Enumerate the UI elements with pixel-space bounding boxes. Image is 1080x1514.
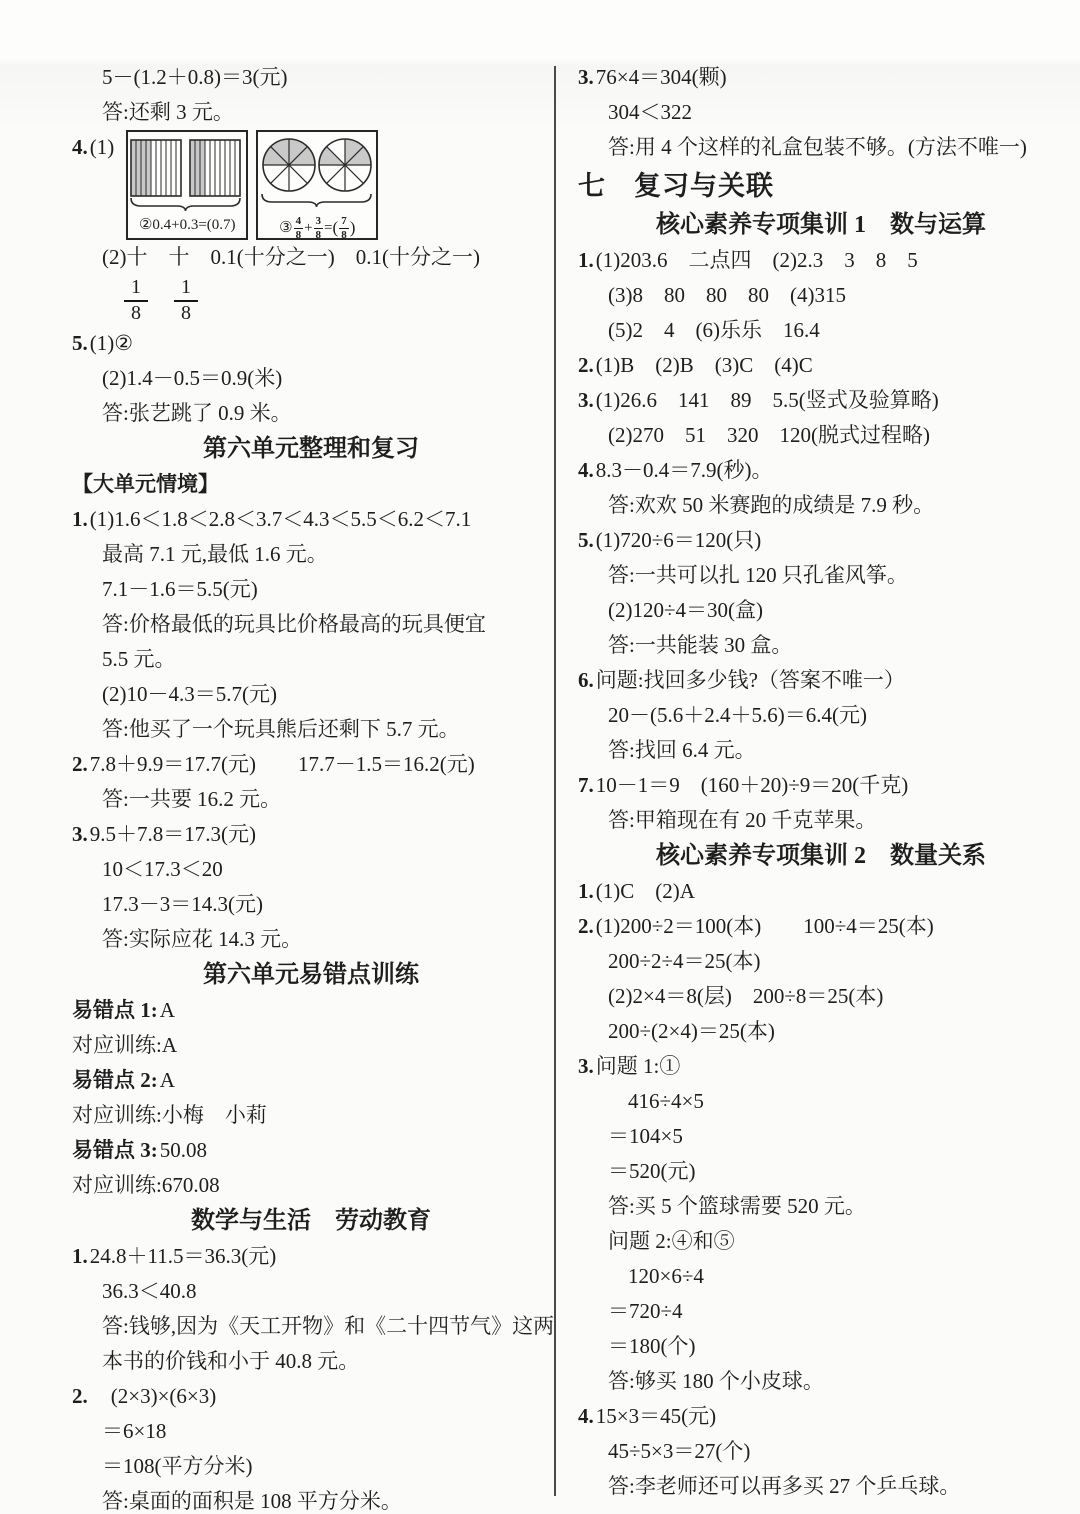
numbered-answer-line: 3.9.5＋7.8＝17.3(元) bbox=[72, 817, 550, 852]
numbered-answer-line: 5.(1)720÷6＝120(只) bbox=[578, 523, 1064, 558]
line-text: 8.3－0.4＝7.9(秒)。 bbox=[596, 458, 773, 482]
numbered-answer-line: 易错点 3:50.08 bbox=[72, 1133, 550, 1168]
line-text: 答:一共要 16.2 元。 bbox=[102, 787, 281, 811]
line-text: (2)10－4.3＝5.7(元) bbox=[102, 682, 277, 706]
line-text: 对应训练:670.08 bbox=[72, 1173, 220, 1197]
answer-line: 对应训练:A bbox=[72, 1028, 550, 1063]
line-text: 20－(5.6＋2.4＋5.6)＝6.4(元) bbox=[608, 703, 867, 727]
item-number: 4. bbox=[578, 1404, 594, 1428]
line-text: ＝180(个) bbox=[608, 1334, 696, 1358]
item-number: 3. bbox=[72, 822, 88, 846]
answer-line: 20－(5.6＋2.4＋5.6)＝6.4(元) bbox=[578, 698, 1064, 733]
answer-line: ＝6×18 bbox=[72, 1414, 550, 1449]
numbered-answer-line: 3.76×4＝304(颗) bbox=[578, 60, 1064, 95]
answer-line: 答:价格最低的玩具比价格最高的玩具便宜 bbox=[72, 607, 550, 642]
line-text: A bbox=[160, 1068, 175, 1092]
line-text: 问题:找回多少钱?（答案不唯一） bbox=[596, 668, 905, 692]
fraction: 38 bbox=[314, 216, 324, 241]
figure-caption: ②0.4+0.3=(0.7) bbox=[128, 216, 246, 234]
fraction-answers-row: 18 18 bbox=[72, 277, 550, 324]
section-heading: 数学与生活 劳动教育 bbox=[72, 1203, 550, 1239]
answer-line: (2)120÷4＝30(盒) bbox=[578, 593, 1064, 628]
numbered-answer-line: 3.(1)26.6 141 89 5.5(竖式及验算略) bbox=[578, 383, 1064, 418]
fraction: 78 bbox=[339, 216, 349, 241]
section-heading: 核心素养专项集训 2 数量关系 bbox=[578, 838, 1064, 874]
answer-line: 200÷2÷4＝25(本) bbox=[578, 944, 1064, 979]
line-text: 答:张艺跳了 0.9 米。 bbox=[102, 401, 292, 425]
answer-line: ＝520(元) bbox=[578, 1154, 1064, 1189]
answer-line: 7.1－1.6＝5.5(元) bbox=[72, 572, 550, 607]
line-text: ＝520(元) bbox=[608, 1159, 696, 1183]
decimal-strips-figure: ②0.4+0.3=(0.7) bbox=[126, 130, 248, 240]
line-text: (1)1.6＜1.8＜2.8＜3.7＜4.3＜5.5＜6.2＜7.1 bbox=[90, 507, 472, 531]
line-text: 答:实际应花 14.3 元。 bbox=[102, 927, 302, 951]
numbered-answer-line: 5.(1)② bbox=[72, 326, 550, 361]
item-number: 3. bbox=[578, 1054, 594, 1078]
item-number: 4. bbox=[72, 130, 88, 165]
line-text: 416÷4×5 bbox=[628, 1089, 704, 1113]
numbered-answer-line: 【大单元情境】 bbox=[72, 467, 550, 502]
answer-line: 答:找回 6.4 元。 bbox=[578, 733, 1064, 768]
line-text: 24.8＋11.5＝36.3(元) bbox=[90, 1244, 276, 1268]
answer-line: 答:一共能装 30 盒。 bbox=[578, 628, 1064, 663]
fraction: 18 bbox=[124, 277, 148, 324]
answer-line: (2)1.4－0.5＝0.9(米) bbox=[72, 361, 550, 396]
answer-line: 答:够买 180 个小皮球。 bbox=[578, 1364, 1064, 1399]
answer-line: 120×6÷4 bbox=[578, 1259, 1064, 1294]
line-text: ＝720÷4 bbox=[608, 1299, 683, 1323]
item-number: 易错点 1: bbox=[72, 998, 158, 1022]
answer-line: (2)2×4＝8(层) 200÷8＝25(本) bbox=[578, 979, 1064, 1014]
item-number: 1. bbox=[578, 248, 594, 272]
figure-caption: ③ 48 + 38 = ( 78 ) bbox=[258, 216, 376, 240]
answer-line: 答:张艺跳了 0.9 米。 bbox=[72, 396, 550, 431]
line-text: 对应训练:小梅 小莉 bbox=[72, 1103, 267, 1127]
line-text: 10＜17.3＜20 bbox=[102, 857, 223, 881]
line-text: 答:桌面的面积是 108 平方分米。 bbox=[102, 1489, 402, 1513]
answer-line: 答:还剩 3 元。 bbox=[72, 95, 550, 130]
answer-line: (2)270 51 320 120(脱式过程略) bbox=[578, 418, 1064, 453]
answer-line: 答:实际应花 14.3 元。 bbox=[72, 922, 550, 957]
item-number: 3. bbox=[578, 65, 594, 89]
item-number: 1. bbox=[72, 507, 88, 531]
line-text: 45÷5×3＝27(个) bbox=[608, 1439, 750, 1463]
line-text: A bbox=[160, 998, 175, 1022]
section-heading: 第六单元易错点训练 bbox=[72, 957, 550, 993]
line-text: 76×4＝304(颗) bbox=[596, 65, 727, 89]
answer-line: 45÷5×3＝27(个) bbox=[578, 1434, 1064, 1469]
item-number: 易错点 3: bbox=[72, 1138, 158, 1162]
answer-line: 答:他买了一个玩具熊后还剩下 5.7 元。 bbox=[72, 712, 550, 747]
left-column: 5－(1.2＋0.8)＝3(元)答:还剩 3 元。 4. (1) ②0.4+0.… bbox=[72, 60, 550, 1514]
numbered-answer-line: 7.10－1＝9 (160＋20)÷9＝20(千克) bbox=[578, 768, 1064, 803]
answer-line: (3)8 80 80 80 (4)315 bbox=[578, 278, 1064, 313]
line-text: (5)2 4 (6)乐乐 16.4 bbox=[608, 318, 820, 342]
line-text: 对应训练:A bbox=[72, 1033, 177, 1057]
numbered-answer-line: 易错点 1:A bbox=[72, 993, 550, 1028]
answer-line: 416÷4×5 bbox=[578, 1084, 1064, 1119]
line-text: 5.5 元。 bbox=[102, 647, 176, 671]
line-text: (2×3)×(6×3) bbox=[90, 1384, 217, 1408]
item-number: 4. bbox=[578, 458, 594, 482]
answer-line: ＝180(个) bbox=[578, 1329, 1064, 1364]
line-text: (1)720÷6＝120(只) bbox=[596, 528, 762, 552]
line-text: (1)203.6 二点四 (2)2.3 3 8 5 bbox=[596, 248, 918, 272]
answer-line: 304＜322 bbox=[578, 95, 1064, 130]
numbered-answer-line: 1.(1)C (2)A bbox=[578, 874, 1064, 909]
answer-line: 答:甲箱现在有 20 千克苹果。 bbox=[578, 803, 1064, 838]
numbered-answer-line: 4.8.3－0.4＝7.9(秒)。 bbox=[578, 453, 1064, 488]
fraction: 48 bbox=[294, 216, 304, 241]
item-number: 1. bbox=[578, 879, 594, 903]
answer-line: 答:买 5 个篮球需要 520 元。 bbox=[578, 1189, 1064, 1224]
answer-line: 答:李老师还可以再多买 27 个乒乓球。 bbox=[578, 1469, 1064, 1504]
line-text: (2)1.4－0.5＝0.9(米) bbox=[102, 366, 282, 390]
column-divider bbox=[554, 66, 556, 1496]
numbered-answer-line: 3.问题 1:① bbox=[578, 1049, 1064, 1084]
line-text: (2)120÷4＝30(盒) bbox=[608, 598, 763, 622]
section-heading: 七 复习与关联 bbox=[578, 165, 1064, 207]
line-text: 答:一共可以扎 120 只孔雀风筝。 bbox=[608, 563, 908, 587]
numbered-answer-line: 4.15×3＝45(元) bbox=[578, 1399, 1064, 1434]
item-number: 6. bbox=[578, 668, 594, 692]
item-number: 2. bbox=[72, 1384, 88, 1408]
line-text: 304＜322 bbox=[608, 100, 692, 124]
answer-line: 答:欢欢 50 米赛跑的成绩是 7.9 秒。 bbox=[578, 488, 1064, 523]
answer-line: ＝720÷4 bbox=[578, 1294, 1064, 1329]
numbered-answer-line: 1.(1)1.6＜1.8＜2.8＜3.7＜4.3＜5.5＜6.2＜7.1 bbox=[72, 502, 550, 537]
fraction-circles-diagram bbox=[258, 132, 376, 216]
circled-number: ③ bbox=[279, 219, 292, 237]
line-text: (1)26.6 141 89 5.5(竖式及验算略) bbox=[596, 388, 939, 412]
numbered-answer-line: 2.(1)200÷2＝100(本) 100÷4＝25(本) bbox=[578, 909, 1064, 944]
numbered-answer-line: 1.24.8＋11.5＝36.3(元) bbox=[72, 1239, 550, 1274]
workbook-answer-page: 5－(1.2＋0.8)＝3(元)答:还剩 3 元。 4. (1) ②0.4+0.… bbox=[0, 0, 1080, 1514]
line-text: ＝6×18 bbox=[102, 1419, 166, 1443]
line-text: 问题 2:④和⑤ bbox=[608, 1229, 735, 1253]
line-text: 5－(1.2＋0.8)＝3(元) bbox=[102, 65, 287, 89]
line-text: 200÷(2×4)＝25(本) bbox=[608, 1019, 775, 1043]
line-text: 答:欢欢 50 米赛跑的成绩是 7.9 秒。 bbox=[608, 493, 934, 517]
section-heading: 核心素养专项集训 1 数与运算 bbox=[578, 207, 1064, 243]
line-text: (2)270 51 320 120(脱式过程略) bbox=[608, 423, 930, 447]
numbered-answer-line: 易错点 2:A bbox=[72, 1063, 550, 1098]
line-text: 36.3＜40.8 bbox=[102, 1279, 197, 1303]
line-text: 答:他买了一个玩具熊后还剩下 5.7 元。 bbox=[102, 717, 460, 741]
right-paren: ) bbox=[350, 219, 356, 237]
line-text: 9.5＋7.8＝17.3(元) bbox=[90, 822, 256, 846]
left-paren: ( bbox=[333, 219, 339, 237]
line-text: 答:用 4 个这样的礼盒包装不够。(方法不唯一) bbox=[608, 135, 1027, 159]
answer-line: 对应训练:小梅 小莉 bbox=[72, 1098, 550, 1133]
answer-line: (2)十 十 0.1(十分之一) 0.1(十分之一) bbox=[72, 240, 550, 275]
fraction: 18 bbox=[174, 277, 198, 324]
line-text: (1)200÷2＝100(本) 100÷4＝25(本) bbox=[596, 914, 934, 938]
numbered-answer-line: 2.(1)B (2)B (3)C (4)C bbox=[578, 348, 1064, 383]
line-text: 答:钱够,因为《天工开物》和《二十四节气》这两 bbox=[102, 1314, 554, 1338]
answer-line: 本书的价钱和小于 40.8 元。 bbox=[72, 1344, 550, 1379]
line-text: 答:李老师还可以再多买 27 个乒乓球。 bbox=[608, 1474, 960, 1498]
line-text: 答:一共能装 30 盒。 bbox=[608, 633, 792, 657]
line-text: 本书的价钱和小于 40.8 元。 bbox=[102, 1349, 359, 1373]
line-text: ＝104×5 bbox=[608, 1124, 683, 1148]
item-number: 3. bbox=[578, 388, 594, 412]
line-text: 50.08 bbox=[160, 1138, 207, 1162]
answer-line: 答:一共可以扎 120 只孔雀风筝。 bbox=[578, 558, 1064, 593]
line-text: 7.1－1.6＝5.5(元) bbox=[102, 577, 258, 601]
answer-line: 答:桌面的面积是 108 平方分米。 bbox=[72, 1484, 550, 1514]
item-number: 1. bbox=[72, 1244, 88, 1268]
numbered-answer-line: 2. (2×3)×(6×3) bbox=[72, 1379, 550, 1414]
line-text: 答:够买 180 个小皮球。 bbox=[608, 1369, 824, 1393]
answer-line: ＝108(平方分米) bbox=[72, 1449, 550, 1484]
line-text: (1)B (2)B (3)C (4)C bbox=[596, 353, 813, 377]
answer-line: 答:用 4 个这样的礼盒包装不够。(方法不唯一) bbox=[578, 130, 1064, 165]
line-text: 最高 7.1 元,最低 1.6 元。 bbox=[102, 542, 328, 566]
line-text: 10－1＝9 (160＋20)÷9＝20(千克) bbox=[596, 773, 909, 797]
fraction-circles-figure: ③ 48 + 38 = ( 78 ) bbox=[256, 130, 378, 240]
answer-line: 答:一共要 16.2 元。 bbox=[72, 782, 550, 817]
line-text: (3)8 80 80 80 (4)315 bbox=[608, 283, 846, 307]
numbered-answer-line: 1.(1)203.6 二点四 (2)2.3 3 8 5 bbox=[578, 243, 1064, 278]
decimal-strips-diagram bbox=[128, 132, 246, 216]
line-text: 答:还剩 3 元。 bbox=[102, 100, 234, 124]
answer-line: 对应训练:670.08 bbox=[72, 1168, 550, 1203]
line-text: ＝108(平方分米) bbox=[102, 1454, 253, 1478]
answer-line: 5－(1.2＋0.8)＝3(元) bbox=[72, 60, 550, 95]
sub-item-label: (1) bbox=[90, 130, 115, 165]
line-text: 200÷2÷4＝25(本) bbox=[608, 949, 761, 973]
answer-line: 问题 2:④和⑤ bbox=[578, 1224, 1064, 1259]
line-text: (2)十 十 0.1(十分之一) 0.1(十分之一) bbox=[102, 245, 480, 269]
item-number: 2. bbox=[578, 914, 594, 938]
plus-sign: + bbox=[304, 219, 312, 237]
answer-line: (2)10－4.3＝5.7(元) bbox=[72, 677, 550, 712]
line-text: 17.3－3＝14.3(元) bbox=[102, 892, 263, 916]
line-text: 答:价格最低的玩具比价格最高的玩具便宜 bbox=[102, 612, 486, 636]
line-text: (1)② bbox=[90, 331, 133, 355]
item-number: 【大单元情境】 bbox=[72, 472, 219, 496]
line-text: 答:甲箱现在有 20 千克苹果。 bbox=[608, 808, 876, 832]
answer-line: 200÷(2×4)＝25(本) bbox=[578, 1014, 1064, 1049]
answer-line: 36.3＜40.8 bbox=[72, 1274, 550, 1309]
line-text: (1)C (2)A bbox=[596, 879, 695, 903]
item-number: 2. bbox=[578, 353, 594, 377]
right-column: 3.76×4＝304(颗)304＜322答:用 4 个这样的礼盒包装不够。(方法… bbox=[578, 60, 1064, 1504]
item-number: 5. bbox=[72, 331, 88, 355]
equals-sign: = bbox=[324, 219, 332, 237]
item-number: 7. bbox=[578, 773, 594, 797]
item-number: 5. bbox=[578, 528, 594, 552]
answer-line: 答:钱够,因为《天工开物》和《二十四节气》这两 bbox=[72, 1309, 550, 1344]
item-number: 2. bbox=[72, 752, 88, 776]
answer-line: 5.5 元。 bbox=[72, 642, 550, 677]
line-text: 15×3＝45(元) bbox=[596, 1404, 716, 1428]
answer-line: 17.3－3＝14.3(元) bbox=[72, 887, 550, 922]
answer-line: 最高 7.1 元,最低 1.6 元。 bbox=[72, 537, 550, 572]
numbered-answer-line: 6.问题:找回多少钱?（答案不唯一） bbox=[578, 663, 1064, 698]
line-text: 问题 1:① bbox=[596, 1054, 681, 1078]
answer-line: ＝104×5 bbox=[578, 1119, 1064, 1154]
answer-line: (5)2 4 (6)乐乐 16.4 bbox=[578, 313, 1064, 348]
section-heading: 第六单元整理和复习 bbox=[72, 431, 550, 467]
numbered-answer-line: 2.7.8＋9.9＝17.7(元) 17.7－1.5＝16.2(元) bbox=[72, 747, 550, 782]
diagram-row: 4. (1) ②0.4+0.3=(0.7) ③ 48 + 38 = ( 78 ) bbox=[72, 130, 550, 240]
line-text: 答:找回 6.4 元。 bbox=[608, 738, 756, 762]
line-text: 120×6÷4 bbox=[628, 1264, 704, 1288]
item-number: 易错点 2: bbox=[72, 1068, 158, 1092]
line-text: 答:买 5 个篮球需要 520 元。 bbox=[608, 1194, 866, 1218]
answer-line: 10＜17.3＜20 bbox=[72, 852, 550, 887]
line-text: 7.8＋9.9＝17.7(元) 17.7－1.5＝16.2(元) bbox=[90, 752, 475, 776]
line-text: (2)2×4＝8(层) 200÷8＝25(本) bbox=[608, 984, 883, 1008]
